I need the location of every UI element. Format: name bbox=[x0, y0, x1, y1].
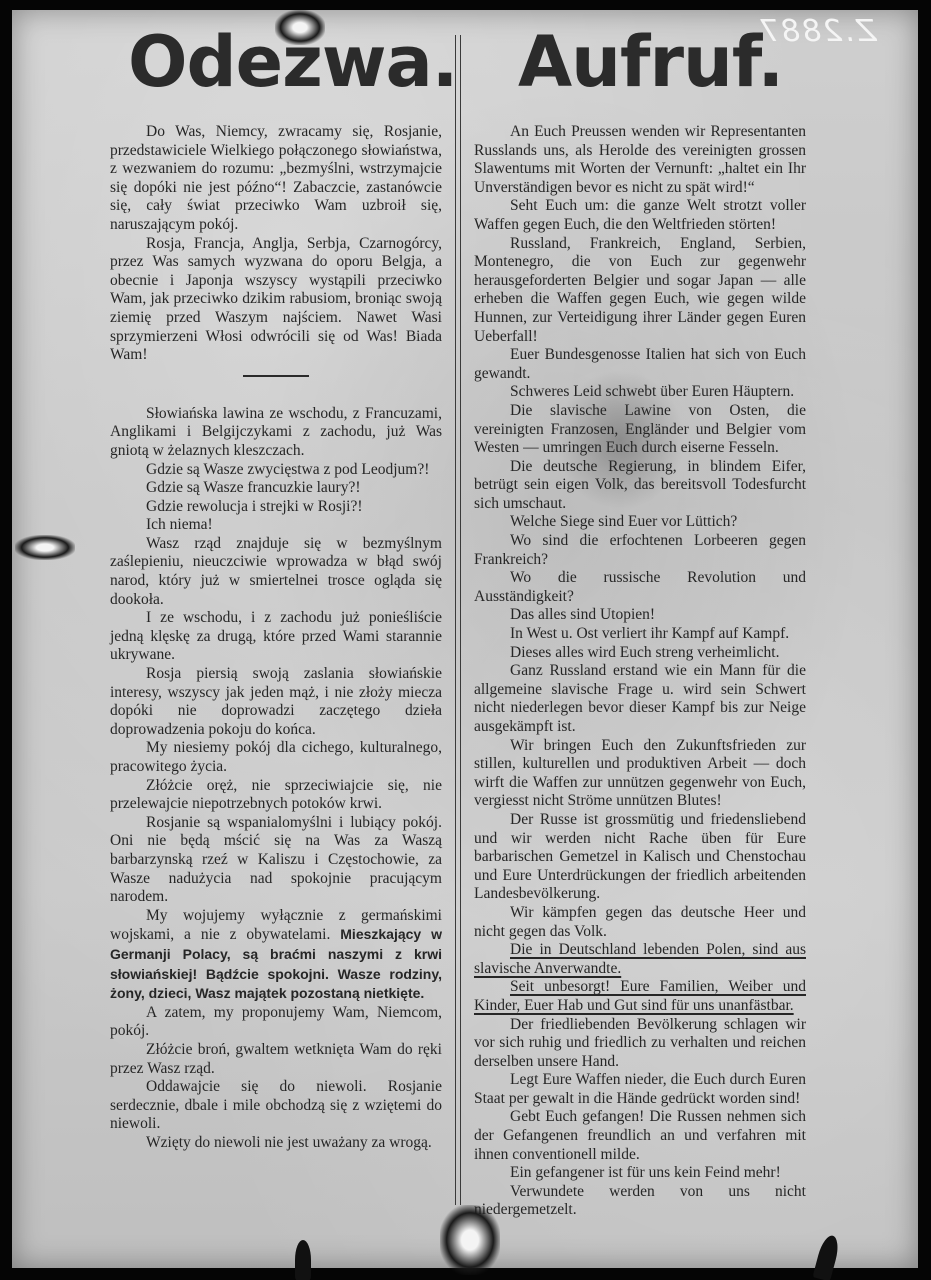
paragraph: Das alles sind Utopien! bbox=[474, 606, 806, 625]
polish-column: Do Was, Niemcy, zwracamy się, Rosjanie, … bbox=[110, 123, 442, 1152]
paragraph: Legt Eure Waffen nieder, die Euch durch … bbox=[474, 1071, 806, 1108]
paragraph: Welche Siege sind Euer vor Lüttich? bbox=[474, 513, 806, 532]
paragraph: Wo sind die erfochtenen Lorbeeren gegen … bbox=[474, 532, 806, 569]
paragraph: Słowiańska lawina ze wschodu, z Francuza… bbox=[110, 405, 442, 461]
paragraph: Verwundete werden von uns nicht niederge… bbox=[474, 1183, 806, 1220]
column-divider bbox=[455, 35, 461, 1205]
paragraph: Ein gefangener ist für uns kein Feind me… bbox=[474, 1164, 806, 1183]
german-title: Aufruf. bbox=[518, 22, 783, 102]
paragraph: Seht Euch um: die ganze Welt strotzt vol… bbox=[474, 197, 806, 234]
paragraph: Dieses alles wird Euch streng verheimlic… bbox=[474, 644, 806, 663]
paragraph: Ganz Russland erstand wie ein Mann für d… bbox=[474, 662, 806, 736]
paragraph: Oddawajcie się do niewoli. Rosjanie serd… bbox=[110, 1078, 442, 1134]
torn-top bbox=[275, 10, 325, 45]
paragraph: Gdzie są Wasze zwycięstwa z pod Leodjum?… bbox=[110, 461, 442, 480]
paragraph: Wir kämpfen gegen das deutsche Heer und … bbox=[474, 904, 806, 941]
paragraph: Schweres Leid schwebt über Euren Häupter… bbox=[474, 383, 806, 402]
section-separator bbox=[243, 375, 309, 377]
polish-paragraphs-main: Słowiańska lawina ze wschodu, z Francuza… bbox=[110, 405, 442, 907]
polish-paragraphs-intro: Do Was, Niemcy, zwracamy się, Rosjanie, … bbox=[110, 123, 442, 365]
paragraph: Do Was, Niemcy, zwracamy się, Rosjanie, … bbox=[110, 123, 442, 235]
polish-bold-paragraph: My wojujemy wyłącznie z germańskimi wojs… bbox=[110, 907, 442, 1004]
paragraph: I ze wschodu, i z zachodu już ponieśliśc… bbox=[110, 609, 442, 665]
paragraph: An Euch Preussen wenden wir Representant… bbox=[474, 123, 806, 197]
pin-hole bbox=[295, 1240, 311, 1280]
german-paragraphs-main: An Euch Preussen wenden wir Representant… bbox=[474, 123, 806, 941]
paragraph: Ich niema! bbox=[110, 516, 442, 535]
paragraph: In West u. Ost verliert ihr Kampf auf Ka… bbox=[474, 625, 806, 644]
paragraph: Gdzie są Wasze francuzkie laury?! bbox=[110, 479, 442, 498]
paragraph: My niesiemy pokój dla cichego, kulturaln… bbox=[110, 739, 442, 776]
paragraph: Der friedliebenden Bevölkerung schlagen … bbox=[474, 1016, 806, 1072]
german-underlined-paragraphs: Die in Deutschland lebenden Polen, sind … bbox=[474, 941, 806, 1015]
german-column: An Euch Preussen wenden wir Representant… bbox=[474, 123, 806, 1220]
paragraph: A zatem, my proponujemy Wam, Niemcom, po… bbox=[110, 1004, 442, 1041]
torn-corner bbox=[440, 1205, 500, 1275]
paragraph: Seit unbesorgt! Eure Familien, Weiber un… bbox=[474, 978, 806, 1015]
paragraph: Die slavische Lawine von Osten, die vere… bbox=[474, 402, 806, 458]
paragraph: Rosja, Francja, Anglja, Serbja, Czarnogó… bbox=[110, 235, 442, 365]
paragraph: Rosjanie są wspanialomyślni i lubiący po… bbox=[110, 814, 442, 907]
paragraph: Złóżcie oręż, nie sprzeciwiajcie się, ni… bbox=[110, 777, 442, 814]
paragraph: Wo die russische Revolution und Ausständ… bbox=[474, 569, 806, 606]
paragraph: Wir bringen Euch den Zukunftsfrieden zur… bbox=[474, 737, 806, 811]
paragraph: Złóżcie broń, gwaltem wetknięta Wam do r… bbox=[110, 1041, 442, 1078]
paragraph: Der Russe ist grossmütig und friedenslie… bbox=[474, 811, 806, 904]
paragraph: Wzięty do niewoli nie jest uważany za wr… bbox=[110, 1134, 442, 1153]
paragraph: Russland, Frankreich, England, Serbien, … bbox=[474, 235, 806, 347]
german-paragraphs-end: Der friedliebenden Bevölkerung schlagen … bbox=[474, 1016, 806, 1221]
paragraph: Gdzie rewolucja i strejki w Rosji?! bbox=[110, 498, 442, 517]
polish-paragraphs-end: A zatem, my proponujemy Wam, Niemcom, po… bbox=[110, 1004, 442, 1153]
torn-edge bbox=[15, 535, 75, 560]
paragraph: Euer Bundesgenosse Italien hat sich von … bbox=[474, 346, 806, 383]
paragraph: Gebt Euch gefangen! Die Russen nehmen si… bbox=[474, 1108, 806, 1164]
paragraph: Wasz rząd znajduje się w bezmyślnym zaśl… bbox=[110, 535, 442, 609]
paragraph: Die in Deutschland lebenden Polen, sind … bbox=[474, 941, 806, 978]
paragraph: Die deutsche Regierung, in blindem Eifer… bbox=[474, 458, 806, 514]
paragraph: Rosja piersią swoją zaslania słowiańskie… bbox=[110, 665, 442, 739]
